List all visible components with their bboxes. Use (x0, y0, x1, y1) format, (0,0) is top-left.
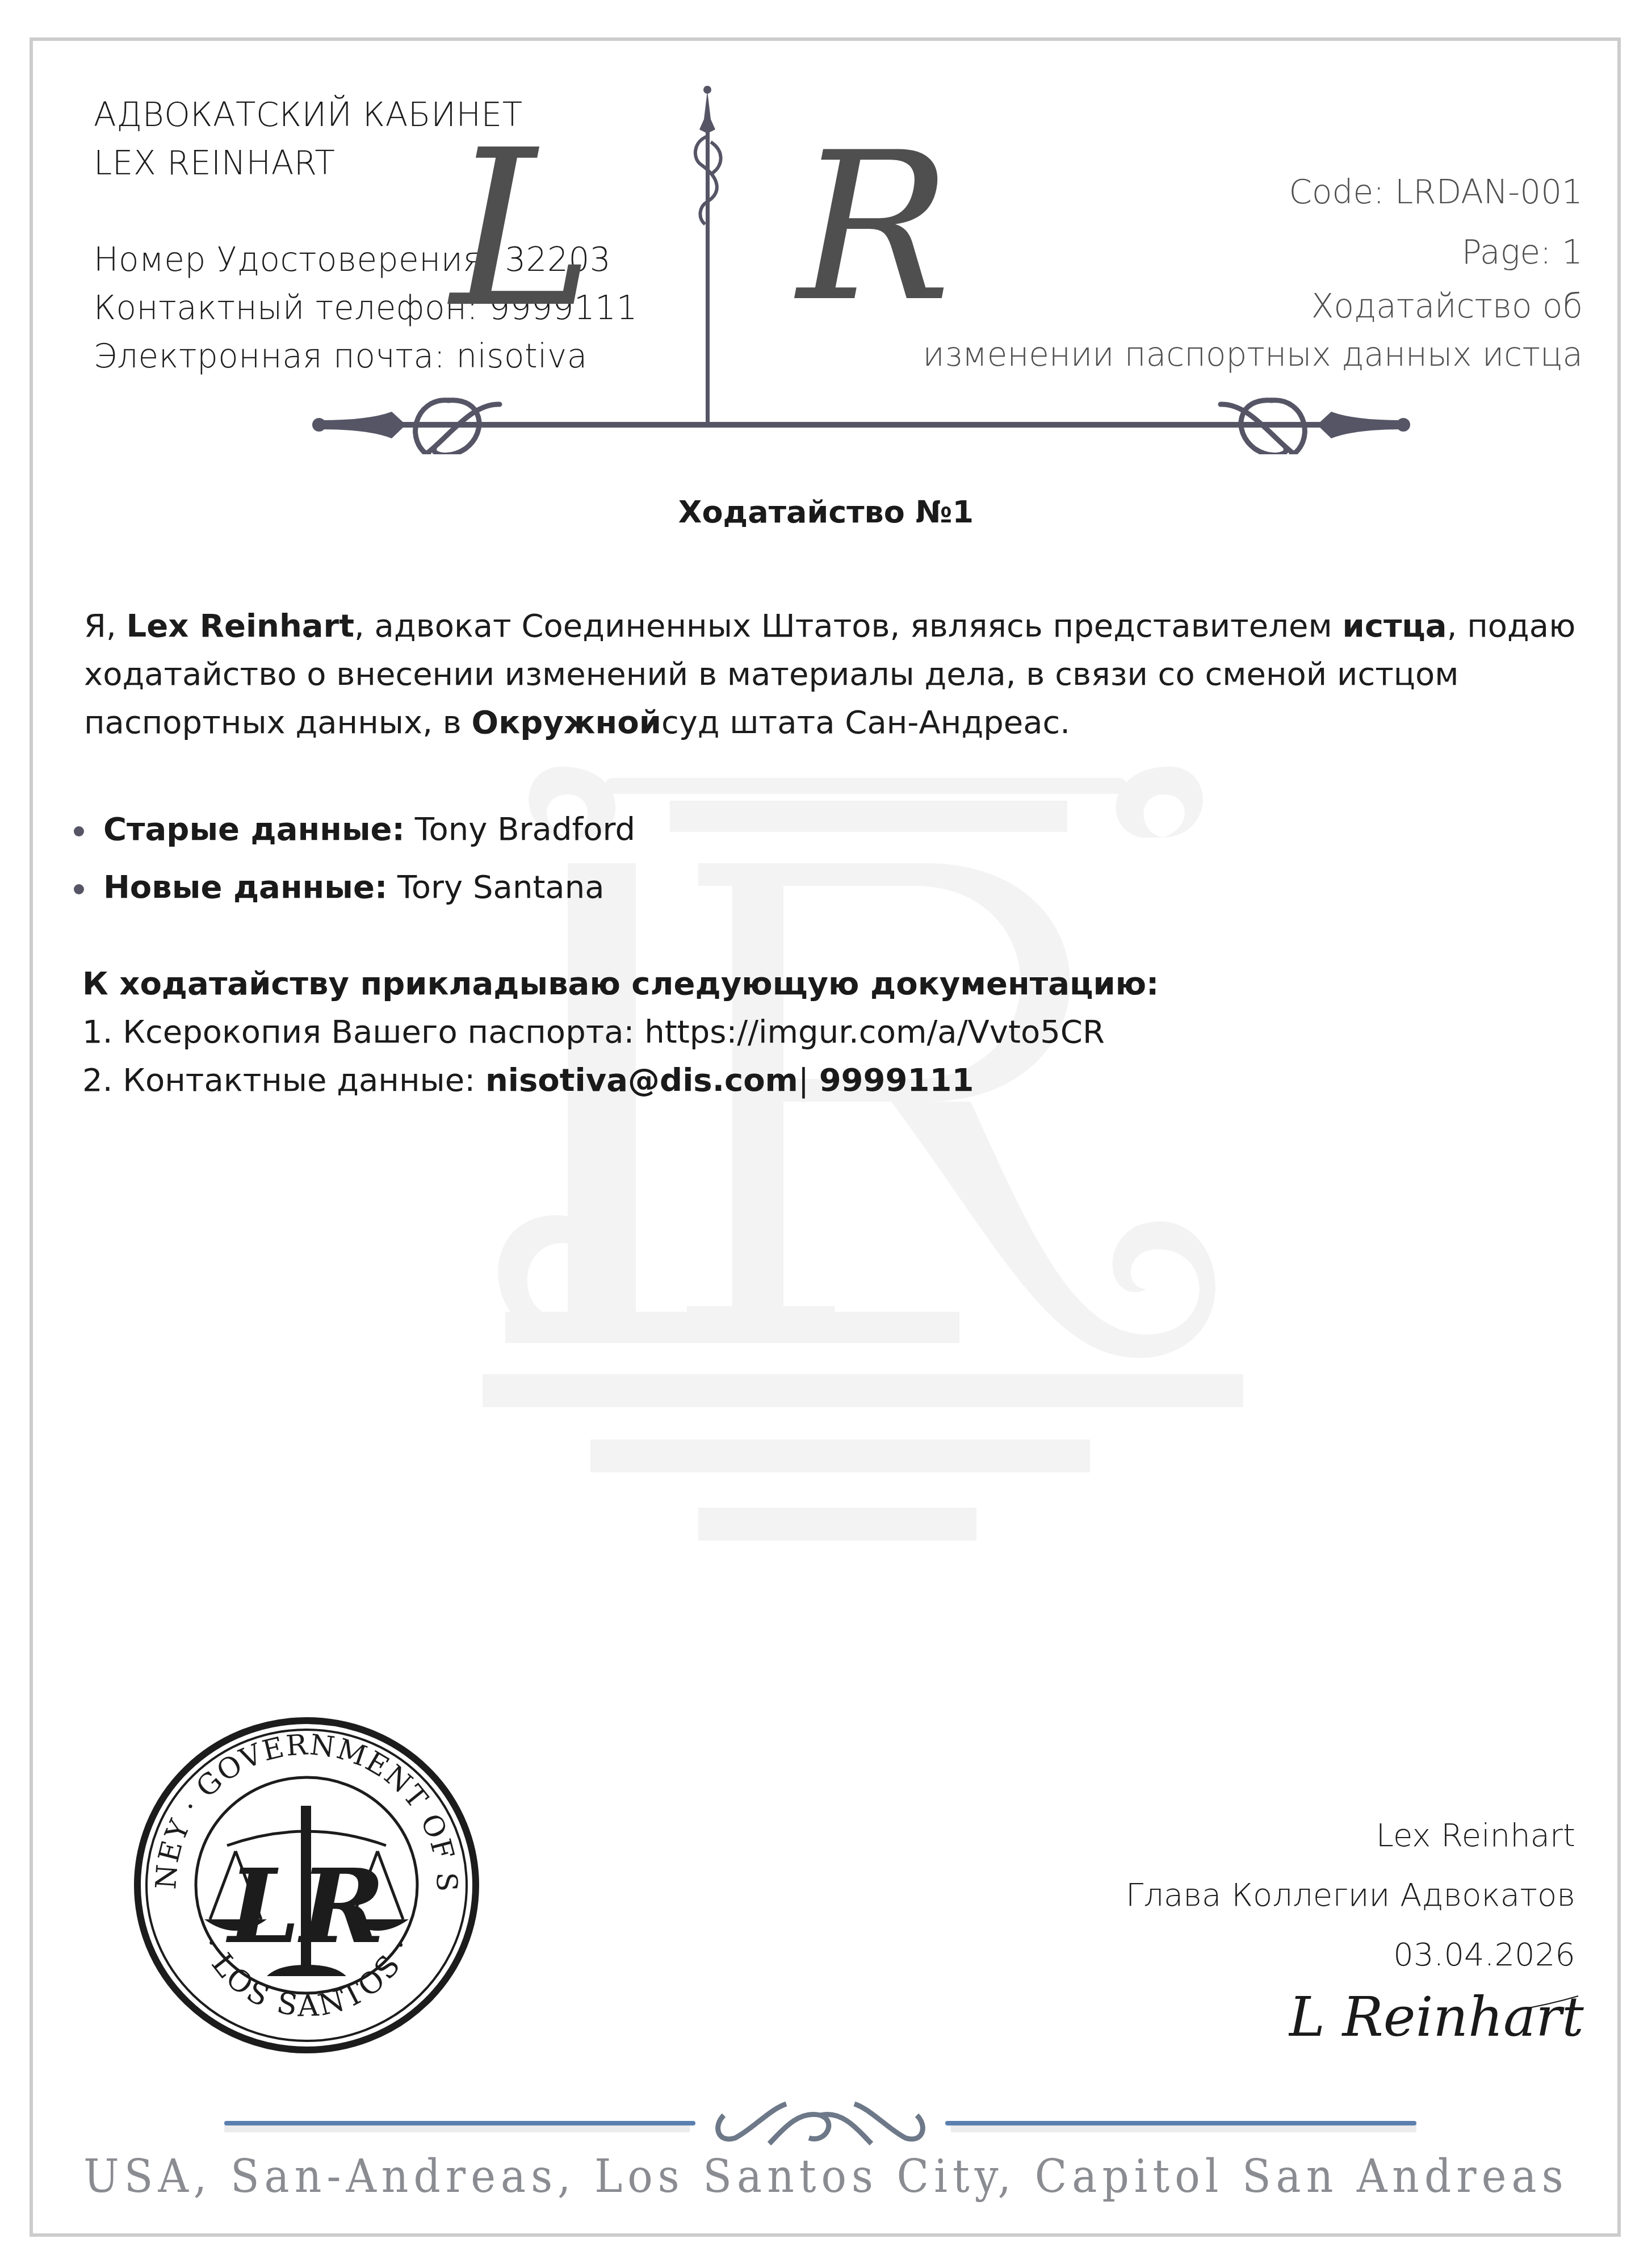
para-text: суд штата Сан-Андреас. (661, 704, 1070, 741)
document-code: Code: LRDAN-001 (923, 162, 1583, 222)
svg-text:L Reinhart: L Reinhart (1289, 1985, 1584, 2049)
attachment-label: 2. Контактные данные: (82, 1062, 485, 1099)
svg-text:LR: LR (225, 1847, 385, 1966)
body-paragraph: Я, Lex Reinhart, адвокат Соединенных Шта… (84, 602, 1588, 747)
header-right: Code: LRDAN-001 Page: 1 Ходатайство об и… (923, 162, 1583, 379)
svg-text:L: L (447, 103, 594, 355)
handwritten-signature: L Reinhart (1289, 1970, 1584, 2067)
attachment-item-2: 2. Контактные данные: nisotiva@dis.com| … (82, 1056, 1159, 1104)
separator: | (798, 1062, 819, 1099)
attorney-name: Lex Reinhart (127, 608, 355, 645)
signer-name: Lex Reinhart (1126, 1806, 1575, 1865)
signature-block: Lex Reinhart Глава Коллегии Адвокатов 03… (1126, 1806, 1575, 1985)
list-item-new-data: Новые данные: Tory Santana (74, 859, 635, 917)
contact-phone-value: 9999111 (819, 1062, 974, 1099)
page-number: Page: 1 (923, 222, 1583, 282)
signer-position: Глава Коллегии Адвокатов (1126, 1865, 1575, 1925)
subject-line2: изменении паспортных данных истца (923, 330, 1583, 379)
document-title: Ходатайство №1 (0, 494, 1652, 530)
subject-line1: Ходатайство об (923, 282, 1583, 330)
para-text: , адвокат Соединенных Штатов, являясь пр… (354, 608, 1342, 645)
attachments-heading: К ходатайству прикладываю следующую доку… (82, 960, 1159, 1008)
official-stamp-icon: STATE ATTORNEY · GOVERNMENT OF SAN ANDRE… (131, 1715, 483, 2056)
party-name: истца (1342, 608, 1446, 645)
footer-ornament (224, 2098, 1416, 2152)
court-name: Окружной (472, 704, 661, 741)
old-data-value: Tony Bradford (405, 811, 635, 848)
attachment-item-1[interactable]: 1. Ксерокопия Вашего паспорта: https://i… (82, 1008, 1159, 1056)
changes-list: Старые данные: Tony Bradford Новые данны… (74, 801, 635, 917)
new-data-label: Новые данные: (103, 869, 387, 906)
list-item-old-data: Старые данные: Tony Bradford (74, 801, 635, 859)
para-text: Я, (84, 608, 127, 645)
old-data-label: Старые данные: (103, 811, 405, 848)
attachments-section: К ходатайству прикладываю следующую доку… (82, 960, 1159, 1104)
footer-address: USA, San-Andreas, Los Santos City, Capit… (0, 2150, 1652, 2203)
contact-email-link[interactable]: nisotiva@dis.com (485, 1062, 798, 1099)
new-data-value: Tory Santana (387, 869, 604, 906)
